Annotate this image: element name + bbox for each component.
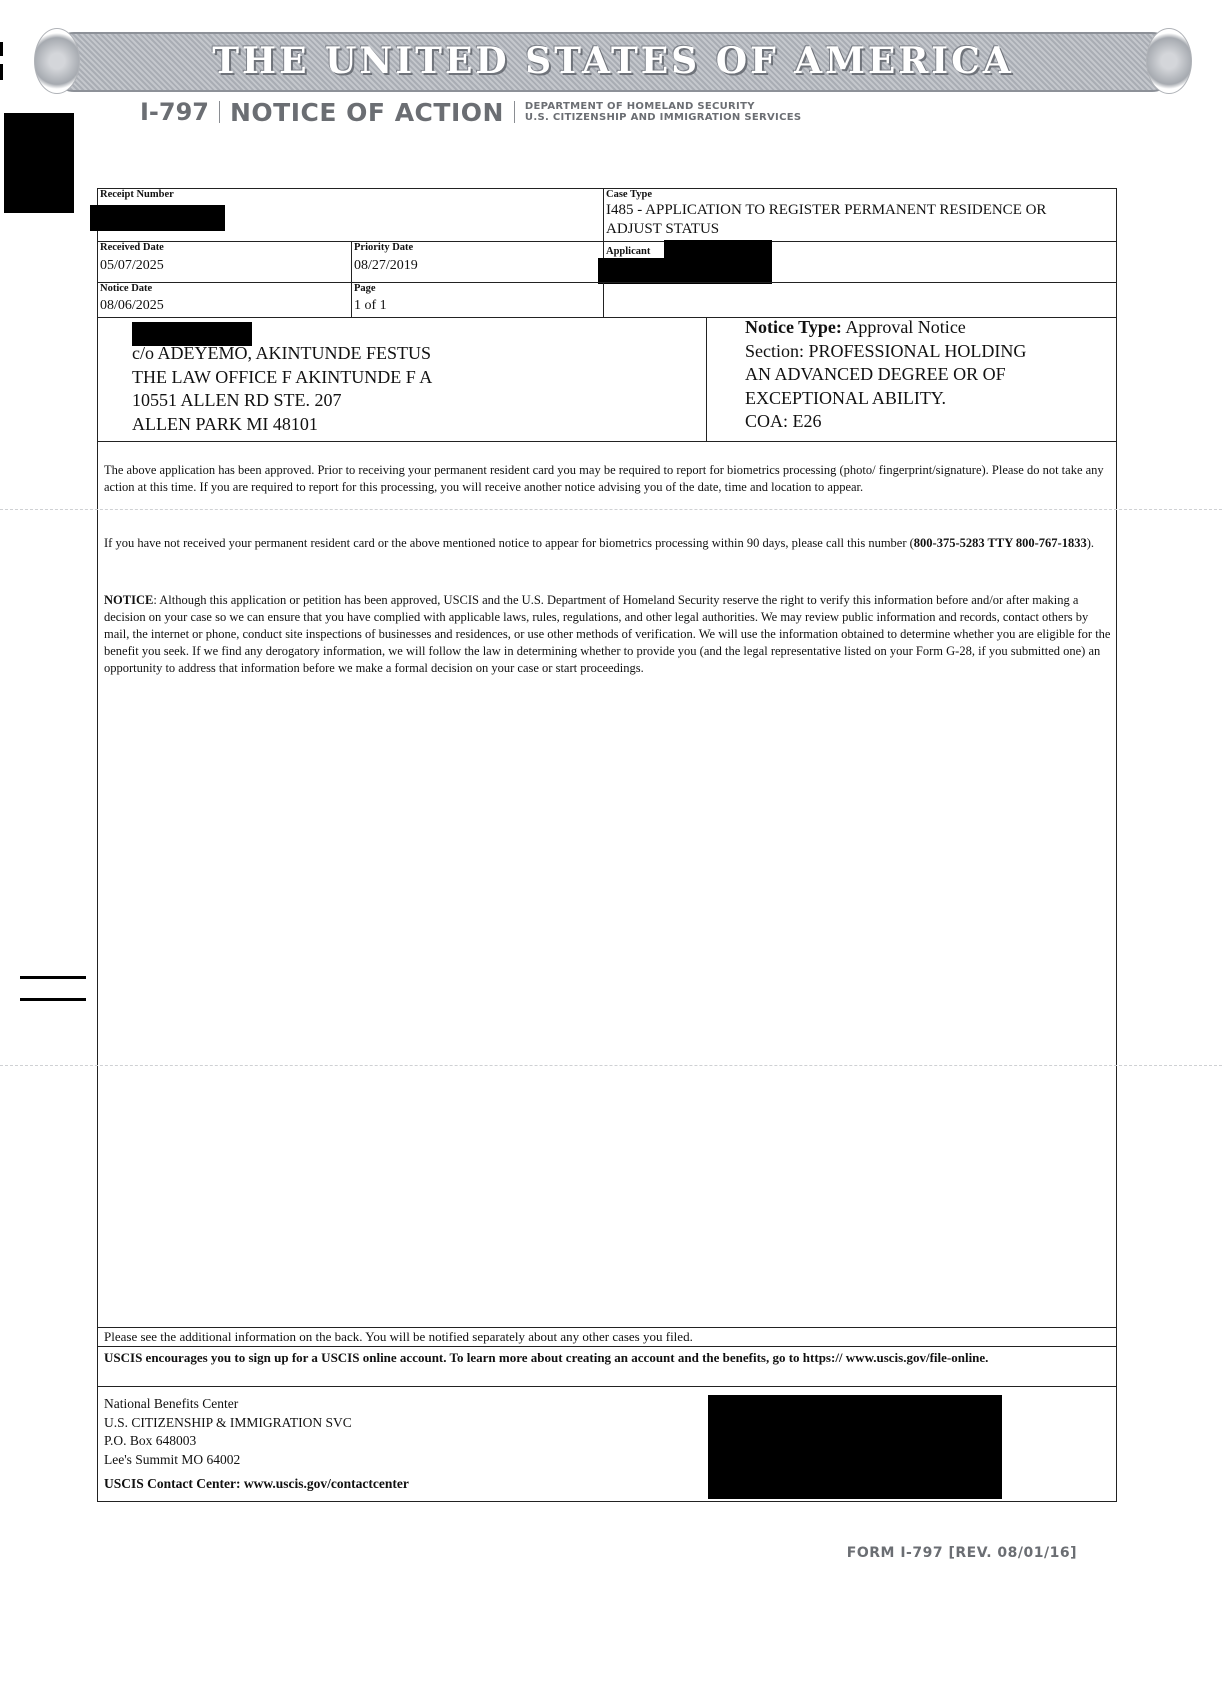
received-date-value: 05/07/2025 <box>100 258 164 274</box>
notice-paragraph: NOTICE: Although this application or pet… <box>104 592 1112 677</box>
mailing-address: c/o ADEYEMO, AKINTUNDE FESTUS THE LAW OF… <box>132 342 432 436</box>
form-revision: FORM I-797 [REV. 08/01/16] <box>847 1545 1077 1561</box>
address-line: ALLEN PARK MI 48101 <box>132 413 432 437</box>
biometrics-text: If you have not received your permanent … <box>104 536 914 550</box>
contact-center: USCIS Contact Center: www.uscis.gov/cont… <box>104 1475 409 1494</box>
notice-date-value: 08/06/2025 <box>100 298 164 314</box>
receipt-number-cell: Receipt Number <box>97 188 604 242</box>
address-line: c/o ADEYEMO, AKINTUNDE FESTUS <box>132 342 432 366</box>
blank-cell <box>603 282 1117 318</box>
section-line: Section: PROFESSIONAL HOLDING <box>745 340 1026 364</box>
notice-type-label: Notice Type: <box>745 317 842 337</box>
notice-date-label: Notice Date <box>100 283 152 294</box>
notice-type-info: Notice Type: Approval Notice Section: PR… <box>745 316 1026 434</box>
case-type-value: I485 - APPLICATION TO REGISTER PERMANENT… <box>606 201 1076 239</box>
approval-paragraph: The above application has been approved.… <box>104 462 1112 496</box>
form-header: I-797 NOTICE OF ACTION DEPARTMENT OF HOM… <box>140 97 801 127</box>
section-line: AN ADVANCED DEGREE OR OF <box>745 363 1026 387</box>
address-line: THE LAW OFFICE F AKINTUNDE F A <box>132 366 432 390</box>
banner-title: THE UNITED STATES OF AMERICA <box>48 40 1178 82</box>
office-line: U.S. CITIZENSHIP & IMMIGRATION SVC <box>104 1414 409 1433</box>
online-account-notice: USCIS encourages you to sign up for a US… <box>104 1349 1004 1367</box>
notice-type-value: Approval Notice <box>845 317 965 337</box>
biometrics-paragraph: If you have not received your permanent … <box>104 535 1112 552</box>
biometrics-text-end: ). <box>1087 536 1094 550</box>
office-row: National Benefits Center U.S. CITIZENSHI… <box>97 1386 1117 1502</box>
banner: THE UNITED STATES OF AMERICA <box>48 32 1178 92</box>
department-line: U.S. CITIZENSHIP AND IMMIGRATION SERVICE… <box>525 112 801 123</box>
page-value: 1 of 1 <box>354 298 387 314</box>
redaction-block <box>4 113 74 213</box>
priority-date-value: 08/27/2019 <box>354 258 418 274</box>
online-account-row: USCIS encourages you to sign up for a US… <box>97 1346 1117 1387</box>
department-line: DEPARTMENT OF HOMELAND SECURITY <box>525 101 801 112</box>
receipt-number-redacted <box>90 205 225 231</box>
office-address: National Benefits Center U.S. CITIZENSHI… <box>104 1395 409 1494</box>
notice-label: NOTICE <box>104 593 153 607</box>
notice-type: Notice Type: Approval Notice <box>745 316 1026 340</box>
applicant-redacted <box>664 240 772 284</box>
additional-info: Please see the additional information on… <box>104 1329 693 1345</box>
additional-info-row: Please see the additional information on… <box>97 1327 1117 1347</box>
notice-text: : Although this application or petition … <box>104 593 1110 675</box>
scan-mark <box>0 42 3 56</box>
office-line: P.O. Box 648003 <box>104 1432 409 1451</box>
phone-number: 800-375-5283 TTY 800-767-1833 <box>914 536 1087 550</box>
priority-date-label: Priority Date <box>354 242 413 253</box>
received-date-cell: Received Date 05/07/2025 <box>97 241 352 283</box>
form-number: I-797 <box>140 98 209 126</box>
applicant-cell: Applicant <box>603 241 1117 283</box>
page-label: Page <box>354 283 376 294</box>
case-type-cell: Case Type I485 - APPLICATION TO REGISTER… <box>603 188 1117 242</box>
section-line: EXCEPTIONAL ABILITY. <box>745 387 1026 411</box>
coa: COA: E26 <box>745 410 1026 434</box>
divider <box>514 101 515 123</box>
priority-date-cell: Priority Date 08/27/2019 <box>351 241 604 283</box>
office-line: Lee's Summit MO 64002 <box>104 1451 409 1470</box>
notice-date-cell: Notice Date 08/06/2025 <box>97 282 352 318</box>
barcode-redacted <box>708 1395 1002 1499</box>
address-line: 10551 ALLEN RD STE. 207 <box>132 389 432 413</box>
case-type-label: Case Type <box>606 189 652 200</box>
form-title: NOTICE OF ACTION <box>230 98 504 127</box>
department: DEPARTMENT OF HOMELAND SECURITY U.S. CIT… <box>525 101 801 123</box>
received-date-label: Received Date <box>100 242 164 253</box>
receipt-number-label: Receipt Number <box>100 189 174 200</box>
divider <box>219 101 220 123</box>
fold-line <box>0 1065 1222 1066</box>
scan-mark <box>0 64 3 80</box>
page-cell: Page 1 of 1 <box>351 282 604 318</box>
applicant-redacted <box>598 258 668 284</box>
scan-mark <box>20 998 86 1001</box>
applicant-label: Applicant <box>606 246 650 257</box>
body-box <box>97 441 1117 1328</box>
office-line: National Benefits Center <box>104 1395 409 1414</box>
fold-line <box>0 509 1222 510</box>
scan-mark <box>20 976 86 979</box>
